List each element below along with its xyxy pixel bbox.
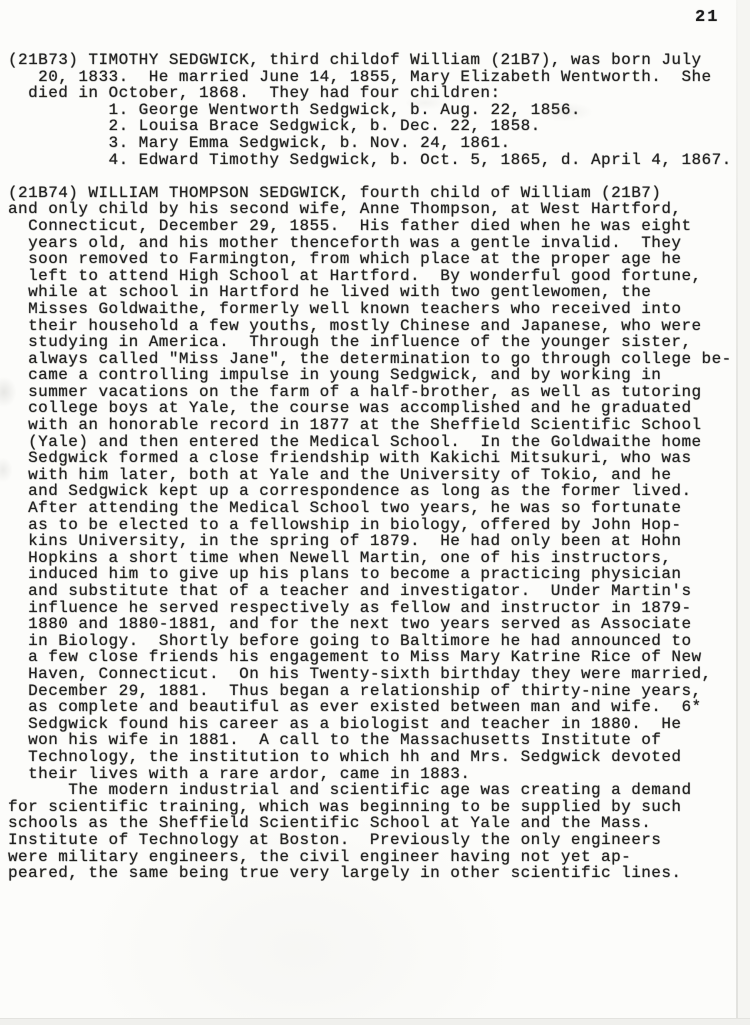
scan-right-edge-band (738, 0, 750, 1025)
page-number: 21 (695, 8, 719, 27)
scanned-page: 21 (21B73) TIMOTHY SEDGWICK, third child… (0, 0, 750, 1025)
typewritten-text: (21B73) TIMOTHY SEDGWICK, third childof … (8, 52, 732, 882)
scan-edge-line-artifact (736, 0, 738, 1025)
scan-bottom-edge (0, 1018, 750, 1025)
